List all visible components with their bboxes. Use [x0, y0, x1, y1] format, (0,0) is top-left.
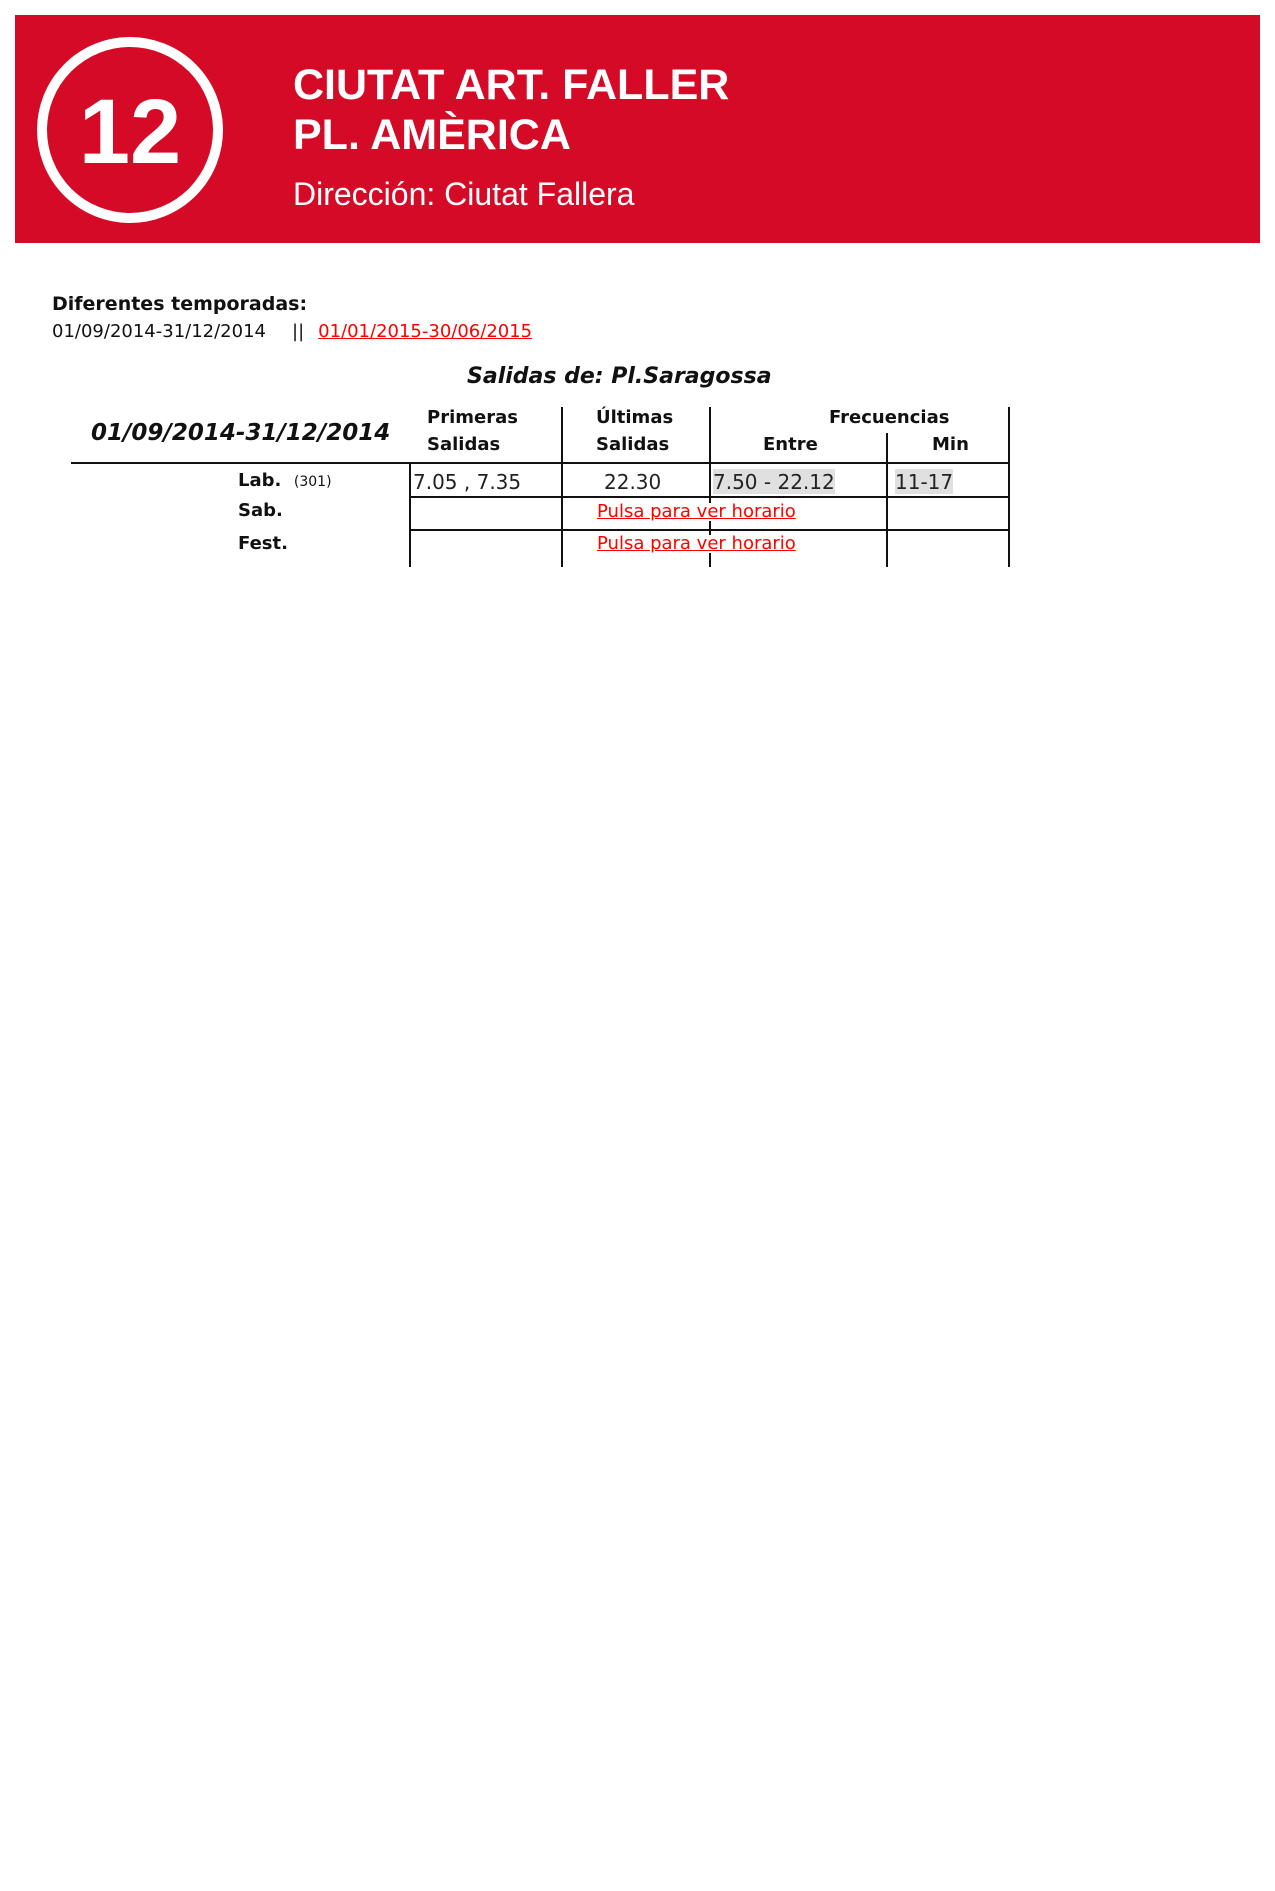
table-column-divider — [409, 463, 411, 567]
table-column-divider — [561, 407, 563, 567]
header-first-departures-line1: Primeras — [427, 409, 518, 427]
seasons-label: Diferentes temporadas: — [52, 293, 307, 315]
header-last-departures-line1: Últimas — [596, 409, 673, 427]
header-first-departures-line2: Salidas — [427, 436, 500, 454]
header-frequency-between: Entre — [763, 436, 818, 454]
weekday-frequency-between: 7.50 - 22.12 — [713, 469, 835, 494]
table-row-label-weekday: Lab. (301) — [238, 472, 332, 490]
line-code: (301) — [294, 474, 332, 490]
svg-text:12: 12 — [79, 81, 181, 183]
table-column-divider — [1008, 407, 1010, 567]
season-selector: 01/09/2014-31/12/2014||01/01/2015-30/06/… — [52, 321, 532, 342]
table-row-label-saturday: Sab. — [238, 502, 283, 520]
season-current: 01/09/2014-31/12/2014 — [52, 321, 266, 342]
weekday-first-departures: 7.05 , 7.35 — [413, 472, 521, 492]
route-title-line2: PL. AMÈRICA — [293, 114, 571, 157]
header-frequencies: Frecuencias — [829, 409, 949, 427]
header-last-departures-line2: Salidas — [596, 436, 669, 454]
season-link-2015[interactable]: 01/01/2015-30/06/2015 — [318, 321, 532, 342]
header-frequency-min: Min — [932, 436, 969, 454]
weekday-frequency-min: 11-17 — [895, 469, 953, 494]
table-row-label-holiday: Fest. — [238, 535, 288, 553]
holiday-schedule-link[interactable]: Pulsa para ver horario — [597, 535, 796, 553]
origin-title: Salidas de: Pl.Saragossa — [467, 364, 772, 389]
season-separator: || — [292, 321, 304, 342]
table-header-rule — [71, 462, 1010, 464]
route-number-badge-icon: 12 — [37, 37, 223, 223]
weekday-last-departure: 22.30 — [604, 472, 661, 492]
route-direction: Dirección: Ciutat Fallera — [293, 178, 634, 210]
table-column-divider — [886, 433, 888, 567]
period-label: 01/09/2014-31/12/2014 — [91, 420, 390, 446]
saturday-schedule-link[interactable]: Pulsa para ver horario — [597, 503, 796, 521]
route-title-line1: CIUTAT ART. FALLER — [293, 64, 729, 107]
